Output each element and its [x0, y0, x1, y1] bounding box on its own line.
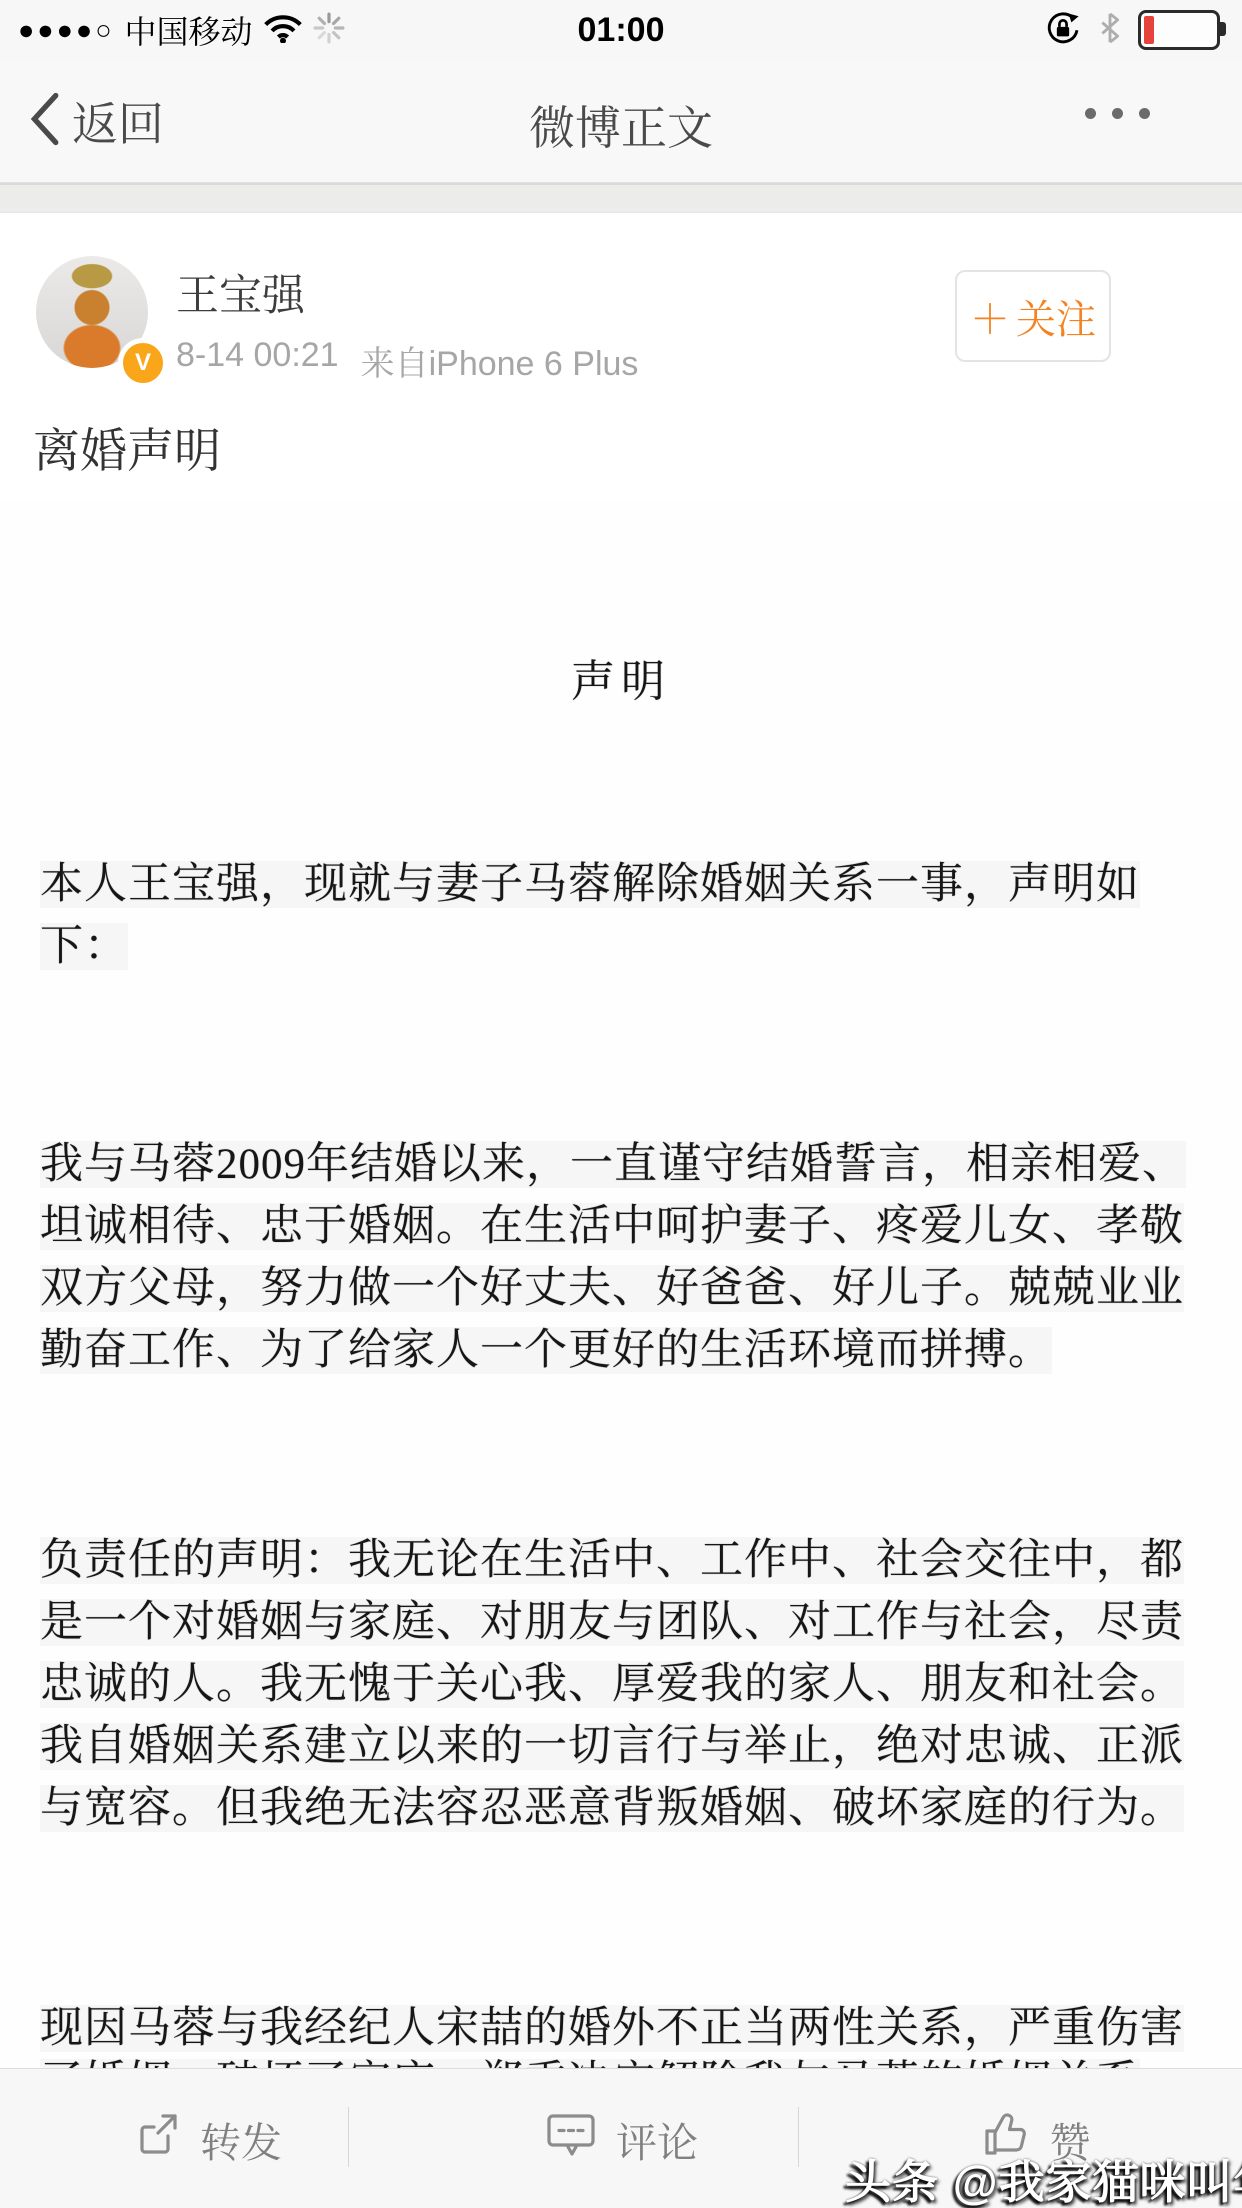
- statement-line: 勤奋工作、为了给家人一个更好的生活环境而拼搏。: [40, 1320, 1052, 1382]
- statement-line: 下：: [40, 916, 128, 978]
- page-title: 微博正文: [0, 92, 1242, 158]
- post-meta: 8-14 00:21 来自iPhone 6 Plus: [176, 336, 638, 385]
- author-name[interactable]: 王宝强: [176, 262, 305, 323]
- statement-line: 负责任的声明：我无论在生活中、工作中、社会交往中，都: [40, 1530, 1184, 1592]
- post-timestamp: 8-14 00:21: [176, 336, 339, 385]
- nav-bar: 返回 微博正文: [0, 60, 1242, 183]
- follow-label: 关注: [1016, 288, 1096, 345]
- comment-icon: [544, 2109, 598, 2169]
- nav-shadow-strip: [0, 183, 1242, 213]
- bluetooth-icon: [1098, 11, 1122, 50]
- verified-badge: V: [118, 338, 168, 388]
- statement-line: 我与马蓉2009年结婚以来，一直谨守结婚誓言，相亲相爱、: [40, 1134, 1186, 1196]
- more-dot-icon: [1085, 108, 1096, 119]
- statement-line: 与宽容。但我绝无法容忍恶意背叛婚姻、破坏家庭的行为。: [40, 1778, 1184, 1840]
- watermark: 头条 @我家猫咪叫年年: [845, 2146, 1242, 2208]
- comment-label: 评论: [616, 2110, 698, 2169]
- toolbar-divider: [348, 2107, 349, 2167]
- repost-label: 转发: [200, 2110, 282, 2169]
- repost-button[interactable]: 转发: [0, 2069, 414, 2208]
- follow-button[interactable]: ＋ 关注: [955, 270, 1111, 362]
- more-dot-icon: [1112, 108, 1123, 119]
- statement-line: 本人王宝强，现就与妻子马蓉解除婚姻关系一事，声明如: [40, 854, 1140, 916]
- comment-button[interactable]: 评论: [414, 2069, 828, 2208]
- rotation-lock-icon: [1044, 9, 1082, 52]
- statement-line: 双方父母，努力做一个好丈夫、好爸爸、好儿子。兢兢业业: [40, 1258, 1184, 1320]
- more-dot-icon: [1139, 108, 1150, 119]
- toolbar-divider: [798, 2107, 799, 2167]
- more-button[interactable]: [1085, 108, 1150, 119]
- statement-line: 我自婚姻关系建立以来的一切言行与举止，绝对忠诚、正派: [40, 1716, 1184, 1778]
- statement-line: 忠诚的人。我无愧于关心我、厚爱我的家人、朋友和社会。: [40, 1654, 1184, 1716]
- statement-image[interactable]: 声明 本人王宝强，现就与妻子马蓉解除婚姻关系一事，声明如 下： 我与马蓉2009…: [0, 500, 1242, 2068]
- status-bar: ●●●●○ 中国移动: [0, 0, 1242, 60]
- battery-icon: [1138, 10, 1220, 50]
- statement-heading: 声明: [0, 645, 1242, 709]
- post-source: 来自iPhone 6 Plus: [361, 336, 639, 385]
- weibo-post-screen: ●●●●○ 中国移动: [0, 0, 1242, 2208]
- plus-icon: ＋: [970, 288, 1010, 345]
- statement-line: 坦诚相待、忠于婚姻。在生活中呵护妻子、疼爱儿女、孝敬: [40, 1196, 1184, 1258]
- post-text: 离婚声明: [33, 414, 221, 481]
- repost-icon: [132, 2109, 182, 2169]
- statement-line: 现因马蓉与我经纪人宋喆的婚外不正当两性关系，严重伤害: [40, 1998, 1184, 2060]
- statement-line: 是一个对婚姻与家庭、对朋友与团队、对工作与社会，尽责: [40, 1592, 1184, 1654]
